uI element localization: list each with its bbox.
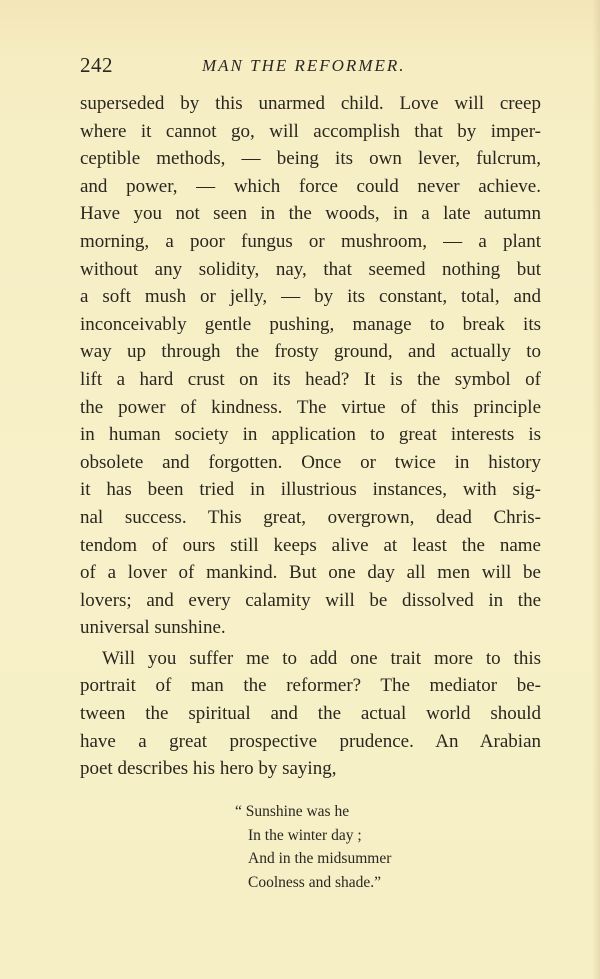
text-line: superseded by this unarmed child. Love w…	[80, 90, 541, 118]
page-edge-shadow	[592, 0, 600, 979]
text-line: morning, a poor fungus or mushroom, — a …	[80, 228, 541, 256]
page-header: 242 MAN THE REFORMER.	[80, 53, 540, 79]
text-line: tendom of ours still keeps alive at leas…	[80, 532, 541, 560]
text-line: way up through the frosty ground, and ac…	[80, 338, 541, 366]
text-line: Will you suffer me to add one trait more…	[80, 645, 541, 673]
text-line: the power of kindness. The virtue of thi…	[80, 394, 541, 422]
text-line: lovers; and every calamity will be disso…	[80, 587, 541, 615]
text-line: inconceivably gentle pushing, manage to …	[80, 311, 541, 339]
text-line: have a great prospective prudence. An Ar…	[80, 728, 541, 756]
text-line: Have you not seen in the woods, in a lat…	[80, 200, 541, 228]
text-line: and power, — which force could never ach…	[80, 173, 541, 201]
verse-line: In the winter day ;	[235, 824, 475, 848]
text-line: tween the spiritual and the actual world…	[80, 700, 541, 728]
text-line: lift a hard crust on its head? It is the…	[80, 366, 541, 394]
paragraph-2: Will you suffer me to add one trait more…	[80, 645, 541, 783]
verse-line: “ Sunshine was he	[235, 800, 475, 824]
verse-line: And in the midsummer	[235, 847, 475, 871]
text-line: portrait of man the reformer? The mediat…	[80, 672, 541, 700]
text-line: nal success. This great, overgrown, dead…	[80, 504, 541, 532]
page-number: 242	[80, 53, 113, 78]
verse-quotation: “ Sunshine was he In the winter day ; An…	[235, 800, 475, 894]
text-line: without any solidity, nay, that seemed n…	[80, 256, 541, 284]
verse-line: Coolness and shade.”	[235, 871, 475, 895]
text-line: of a lover of mankind. But one day all m…	[80, 559, 541, 587]
paragraph-1: superseded by this unarmed child. Love w…	[80, 90, 541, 642]
text-line: it has been tried in illustrious instanc…	[80, 476, 541, 504]
text-line: poet describes his hero by saying,	[80, 755, 541, 783]
text-line: where it cannot go, will accomplish that…	[80, 118, 541, 146]
text-line: in human society in application to great…	[80, 421, 541, 449]
text-line: universal sunshine.	[80, 614, 541, 642]
text-line: ceptible methods, — being its own lever,…	[80, 145, 541, 173]
body-text: superseded by this unarmed child. Love w…	[80, 90, 541, 783]
text-line: obsolete and forgotten. Once or twice in…	[80, 449, 541, 477]
text-line: a soft mush or jelly, — by its constant,…	[80, 283, 541, 311]
running-head: MAN THE REFORMER.	[202, 56, 406, 76]
